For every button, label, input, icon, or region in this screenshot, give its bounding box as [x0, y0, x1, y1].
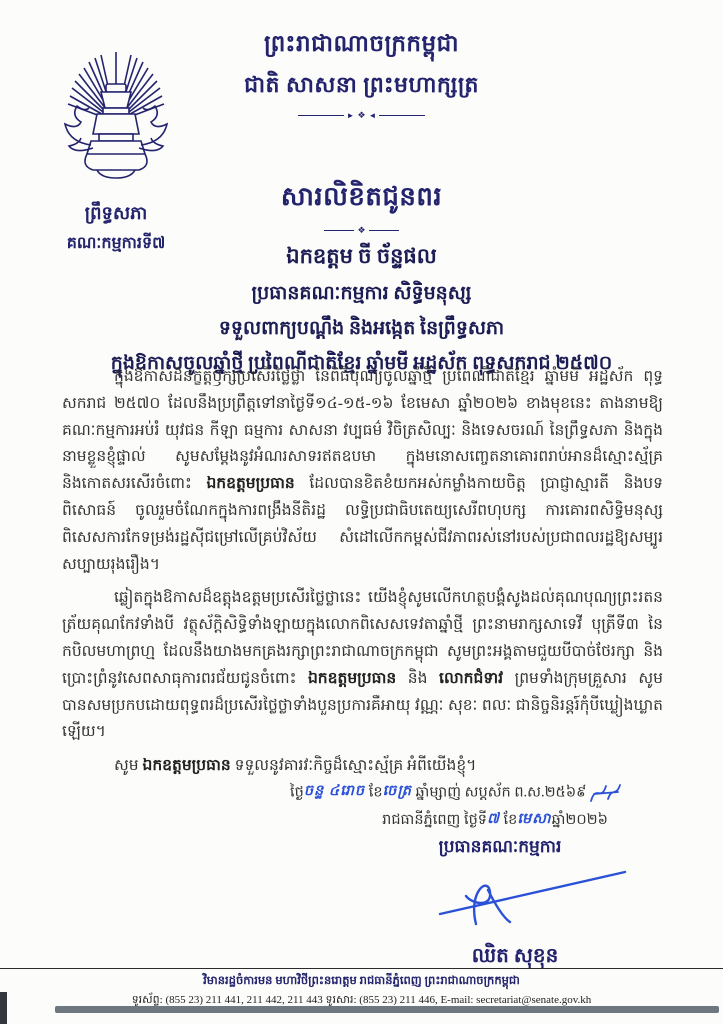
letter-page: ព្រះរាជាណាចក្រកម្ពុជា ជាតិ សាសនា ព្រះមហា… — [0, 0, 723, 1024]
handwritten-day: ៧ — [487, 811, 500, 827]
handwritten-signature — [430, 862, 640, 937]
handwritten-month: មេសា — [517, 811, 551, 827]
divider-line — [298, 115, 344, 116]
letter-body: ក្នុងឱកាសដ៏នក្ខត្តឫក្សប្រសើរថ្លៃថ្លា នៃព… — [62, 364, 663, 787]
date-printed: រាជធានីភ្នំពេញ ថ្ងៃទី — [382, 812, 487, 828]
recipient-name: ឯកឧត្តម ចី ច័ន្ទផល — [40, 243, 683, 274]
p2-bold-honorific: ឯកឧត្តមប្រធាន — [308, 670, 396, 687]
paragraph-1: ក្នុងឱកាសដ៏នក្ខត្តឫក្សប្រសើរថ្លៃថ្លា នៃព… — [62, 364, 663, 578]
paragraph-2: ឆ្លៀតក្នុងឱកាសដ៏ឧត្តុងឧត្តមប្រសើរថ្លៃថ្ល… — [62, 585, 663, 746]
handwritten-paraph-icon — [588, 782, 622, 804]
footer-address: វិមានរដ្ឋចំការមន មហាវិថីព្រះនរោត្តម រាជធ… — [0, 973, 723, 990]
closing-text: ទទួលនូវគារវៈកិច្ចដ៏ស្មោះស្ម័គ្រ អំពីយើងខ… — [231, 757, 477, 774]
gregorian-date-line: រាជធានីភ្នំពេញ ថ្ងៃទី៧ ខែមេសាឆ្នាំ២០២៦ — [290, 811, 700, 832]
recipient-title-2: ទទួលពាក្យបណ្ដឹង និងអង្កេត នៃព្រឹទ្ធសភា — [40, 316, 683, 344]
closing-line: សូម ឯកឧត្តមប្រធាន ទទួលនូវគារវៈកិច្ចដ៏ស្ម… — [62, 753, 663, 780]
divider-arrow-icon: ◄ — [369, 112, 377, 120]
divider-arrow-icon: ► — [347, 112, 355, 120]
signer-title: ប្រធានគណៈកម្មការ — [340, 836, 660, 861]
date-printed: ថ្ងៃ — [290, 784, 304, 800]
scan-shadow-artifact — [55, 1006, 719, 1013]
title-block: សារលិខិតជូនពរ ❖ — [0, 180, 723, 235]
footer: វិមានរដ្ឋចំការមន មហាវិថីព្រះនរោត្តម រាជធ… — [0, 973, 723, 1009]
scan-edge-artifact — [0, 992, 7, 1024]
closing-bold-honorific: ឯកឧត្តមប្រធាន — [142, 757, 230, 774]
p1-bold-honorific: ឯកឧត្តមប្រធាន — [206, 475, 294, 492]
date-printed: ខែ — [500, 812, 517, 828]
date-printed: ឆ្នាំ២០២៦ — [552, 812, 608, 828]
date-printed: ខែ — [365, 784, 382, 800]
handwritten-weekday: ចន្ទ ៤រោច — [304, 783, 365, 799]
handwritten-lunar-month: ចេត្រ — [383, 783, 412, 799]
lunar-date-line: ថ្ងៃចន្ទ ៤រោច ខែចេត្រ ឆ្នាំម្សាញ់ សប្តស័… — [290, 782, 700, 804]
footer-rule — [0, 968, 723, 969]
p2-bold-honorific: លោកជំទាវ — [439, 670, 503, 687]
recipient-block: ឯកឧត្តម ចី ច័ន្ទផល ប្រធានគណៈកម្មការ សិទ្… — [40, 243, 683, 379]
document-title: សារលិខិតជូនពរ — [0, 180, 723, 218]
p2-text: និង — [396, 670, 439, 687]
date-printed: ឆ្នាំម្សាញ់ សប្តស័ក ព.ស.២៥៦៩ — [412, 784, 586, 800]
divider-gem-icon: ❖ — [357, 226, 365, 235]
date-block: ថ្ងៃចន្ទ ៤រោច ខែចេត្រ ឆ្នាំម្សាញ់ សប្តស័… — [290, 782, 700, 832]
senate-crest-icon — [51, 50, 181, 190]
recipient-title-1: ប្រធានគណៈកម្មការ សិទ្ធិមនុស្ស — [40, 281, 683, 309]
p1-text: ក្នុងឱកាសដ៏នក្ខត្តឫក្សប្រសើរថ្លៃថ្លា នៃព… — [62, 368, 663, 492]
signature-area — [430, 862, 640, 942]
divider-gem-icon: ❖ — [357, 111, 365, 120]
divider-line — [379, 115, 425, 116]
divider-line — [369, 230, 399, 231]
divider-line — [324, 230, 354, 231]
closing-text: សូម — [114, 757, 142, 774]
title-divider: ❖ — [0, 226, 723, 235]
